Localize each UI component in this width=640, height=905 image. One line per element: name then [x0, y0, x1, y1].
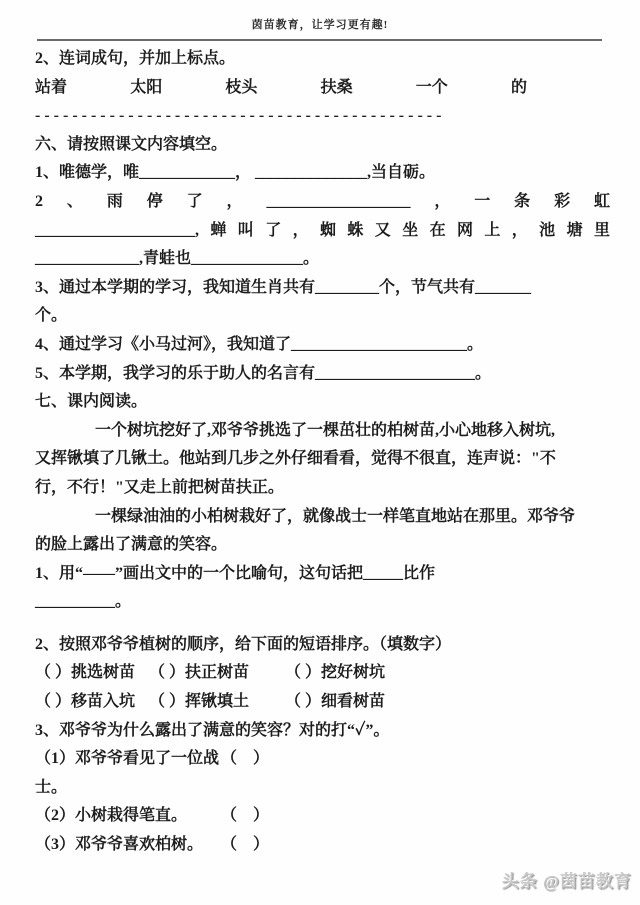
word-item: 一个: [416, 74, 448, 103]
passage-para1-line2: 又挥锹填了几锹土。他站到几步之外仔细看看，觉得不很直，连声说："不: [35, 445, 610, 474]
section7-q3-title: 3、邓爷爷为什么露出了满意的笑容？对的打“✓”。: [35, 717, 610, 746]
section7-q1-line2: __________。: [35, 588, 610, 617]
ordering-option: （ ）挑选树苗: [35, 659, 149, 688]
ordering-option: （ ）挖好树坑: [285, 659, 385, 688]
section6-item5: 5、本学期，我学习的乐于助人的名言有____________________。: [35, 360, 610, 389]
word-item: 扶桑: [321, 74, 353, 103]
q2-word-bank: 站着 太阳 枝头 扶桑 一个 的: [35, 74, 527, 103]
section7-title: 七、课内阅读。: [35, 388, 610, 417]
section6-item4: 4、通过学习《小马过河》，我知道了______________________。: [35, 331, 610, 360]
answer-brackets: （ ）: [221, 745, 269, 802]
ordering-option: （ ）挥锹填土: [149, 688, 285, 717]
section6-item2-line1: 2、雨停了，__________________，一条彩虹: [35, 188, 610, 217]
worksheet-content: 2、连词成句，并加上标点。 站着 太阳 枝头 扶桑 一个 的 ---------…: [0, 41, 640, 860]
passage-para1-line1: 一个树坑挖好了,邓爷爷挑选了一棵茁壮的柏树苗,小心地移入树坑,: [35, 417, 610, 446]
true-false-item-3: （3）邓爷爷喜欢柏树。 （ ）: [35, 831, 610, 860]
passage-para1-line3: 行，不行！"又走上前把树苗扶正。: [35, 474, 610, 503]
true-false-item-1: （1）邓爷爷看见了一位战士。 （ ）: [35, 745, 610, 802]
section6-item3-line2: 个。: [35, 302, 610, 331]
word-item: 枝头: [225, 74, 257, 103]
statement-text: （2）小树栽得笔直。: [35, 802, 221, 831]
true-false-item-2: （2）小树栽得笔直。 （ ）: [35, 802, 610, 831]
statement-text: （3）邓爷爷喜欢柏树。: [35, 831, 221, 860]
section6-title: 六、请按照课文内容填空。: [35, 131, 610, 160]
ordering-option: （ ）扶正树苗: [149, 659, 285, 688]
section6-item2-line3: _____________,青蛙也______________。: [35, 245, 610, 274]
section6-item1: 1、唯德学，唯____________， ______________,当自砺。: [35, 159, 610, 188]
section7-q1-line1: 1、用“——”画出文中的一个比喻句，这句话把_____比作: [35, 560, 610, 589]
word-item: 的: [511, 74, 527, 103]
passage-para2-line2: 的脸上露出了满意的笑容。: [35, 531, 610, 560]
ordering-option: （ ）移苗入坑: [35, 688, 149, 717]
ordering-option: （ ）细看树苗: [285, 688, 385, 717]
section7-q2-options-row1: （ ）挑选树苗 （ ）扶正树苗 （ ）挖好树坑: [35, 659, 610, 688]
word-item: 太阳: [130, 74, 162, 103]
section6-item3-line1: 3、通过本学期的学习，我知道生肖共有________个，节气共有_______: [35, 274, 610, 303]
q2-sentence-title: 2、连词成句，并加上标点。: [35, 45, 610, 74]
passage-para2-line1: 一棵绿油油的小柏树栽好了，就像战士一样笔直地站在那里。邓爷爷: [35, 503, 610, 532]
section7-q2-options-row2: （ ）移苗入坑 （ ）挥锹填土 （ ）细看树苗: [35, 688, 610, 717]
page-header: 茵苗教育，让学习更有趣!: [0, 0, 640, 41]
answer-brackets: （ ）: [221, 802, 269, 831]
q2-answer-blank-line: ----------------------------------------…: [35, 102, 610, 131]
answer-brackets: （ ）: [221, 831, 269, 860]
statement-text: （1）邓爷爷看见了一位战士。: [35, 745, 221, 802]
section6-item2-line2: ____________________,蝉叫了，蜘蛛又坐在网上，池塘里: [35, 217, 610, 246]
toutiao-watermark: 头条 @茵苗教育: [502, 867, 632, 892]
section7-q2-title: 2、按照邓爷爷植树的顺序，给下面的短语排序。（填数字）: [35, 631, 610, 660]
word-item: 站着: [35, 74, 67, 103]
header-slogan: 茵苗教育，让学习更有趣!: [252, 19, 389, 31]
worksheet-page: 茵苗教育，让学习更有趣! 2、连词成句，并加上标点。 站着 太阳 枝头 扶桑 一…: [0, 0, 640, 905]
